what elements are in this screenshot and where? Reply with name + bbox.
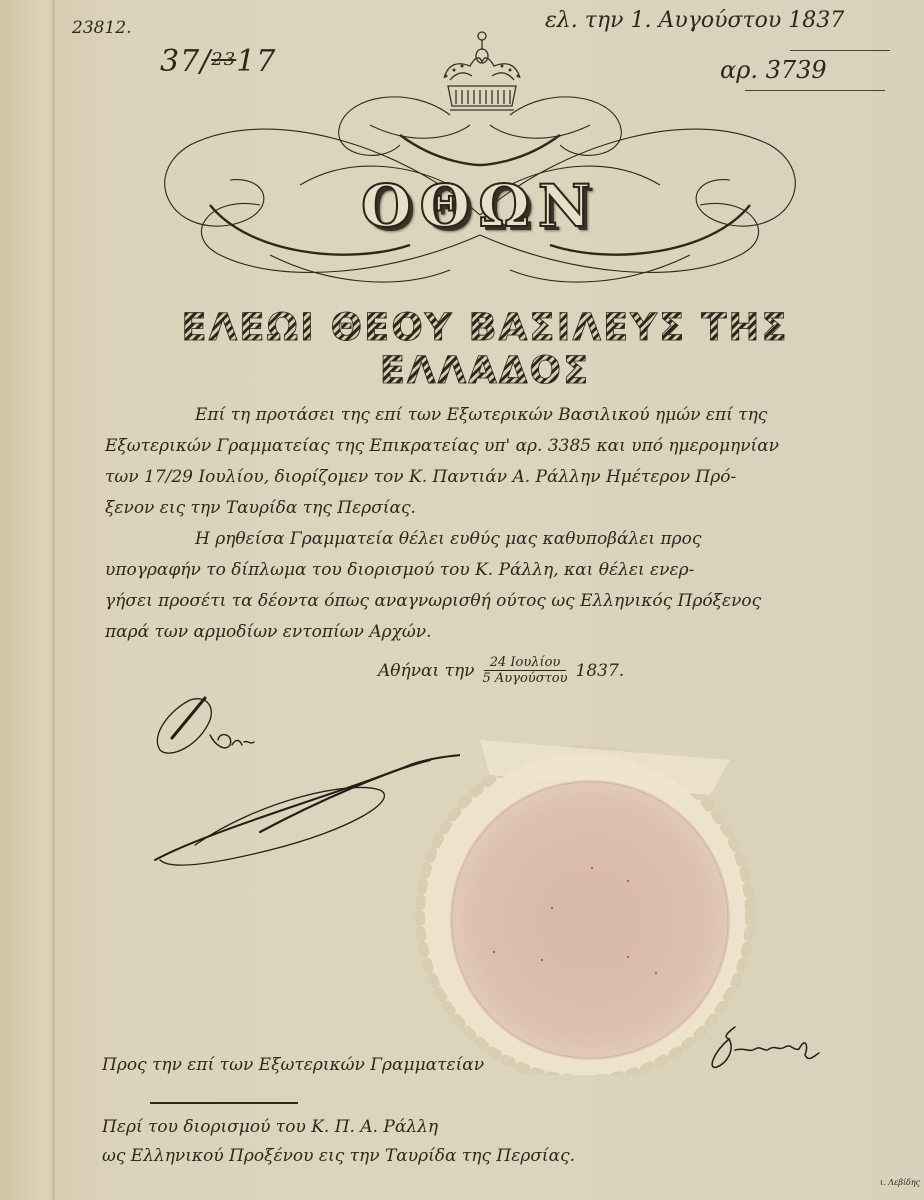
- protocol-rule-top: [790, 50, 890, 51]
- dateline-dual-date: 24 Ιουλίου 5 Αυγούστου: [483, 655, 568, 686]
- body-line: γήσει προσέτι τα δέοντα όπως αναγνωρισθή…: [105, 586, 895, 617]
- dateline: Αθήναι την 24 Ιουλίου 5 Αυγούστου 1837.: [378, 655, 624, 686]
- clerk-initials: ι. Λεβίδης: [880, 1178, 920, 1187]
- protocol-number: αρ. 3739: [720, 56, 827, 84]
- body-line: παρά των αρμοδίων εντοπίων Αρχών.: [105, 617, 895, 648]
- body-line: υπογραφήν το δίπλωμα του διορισμού του Κ…: [105, 555, 895, 586]
- paper-fold-mark: [52, 0, 55, 1200]
- dateline-year: 1837.: [576, 661, 625, 681]
- received-date-note: ελ. την 1. Αυγούστου 1837: [545, 8, 844, 33]
- dateline-place: Αθήναι την: [378, 661, 475, 681]
- body-line: Εξωτερικών Γραμματείας της Επικρατείας υ…: [105, 431, 895, 462]
- body-line: ξενον εις την Ταυρίδα της Περσίας.: [105, 493, 895, 524]
- minister-signature: Ζωγράφος: [705, 1025, 855, 1075]
- royal-monogram: ΟΘΩΝ: [330, 172, 630, 240]
- embossed-seal: [390, 735, 770, 1075]
- body-line: Επί τη προτάσει της επί των Εξωτερικών Β…: [105, 400, 895, 431]
- decree-body: Επί τη προτάσει της επί των Εξωτερικών Β…: [105, 400, 895, 648]
- subject-line-2: ως Ελληνικού Προξένου εις την Ταυρίδα τη…: [102, 1146, 575, 1166]
- struck-number: 23: [211, 49, 236, 70]
- royal-title: ΕΛΕΩΙ ΘΕΟΥ ΒΑΣΙΛΕΥΣ ΤΗΣ ΕΛΛΑΔΟΣ: [90, 306, 880, 392]
- subject-line-1: Περί του διορισμού του Κ. Π. Α. Ράλλη: [102, 1117, 438, 1137]
- archive-number: 23812.: [72, 18, 131, 38]
- reference-number: 37/2317: [160, 44, 276, 79]
- address-line: Προς την επί των Εξωτερικών Γραμματείαν: [102, 1055, 484, 1075]
- address-underline: [150, 1102, 298, 1104]
- body-line: των 17/29 Ιουλίου, διορίζομεν τον Κ. Παν…: [105, 462, 895, 493]
- body-line: Η ρηθείσα Γραμματεία θέλει ευθύς μας καθ…: [105, 524, 895, 555]
